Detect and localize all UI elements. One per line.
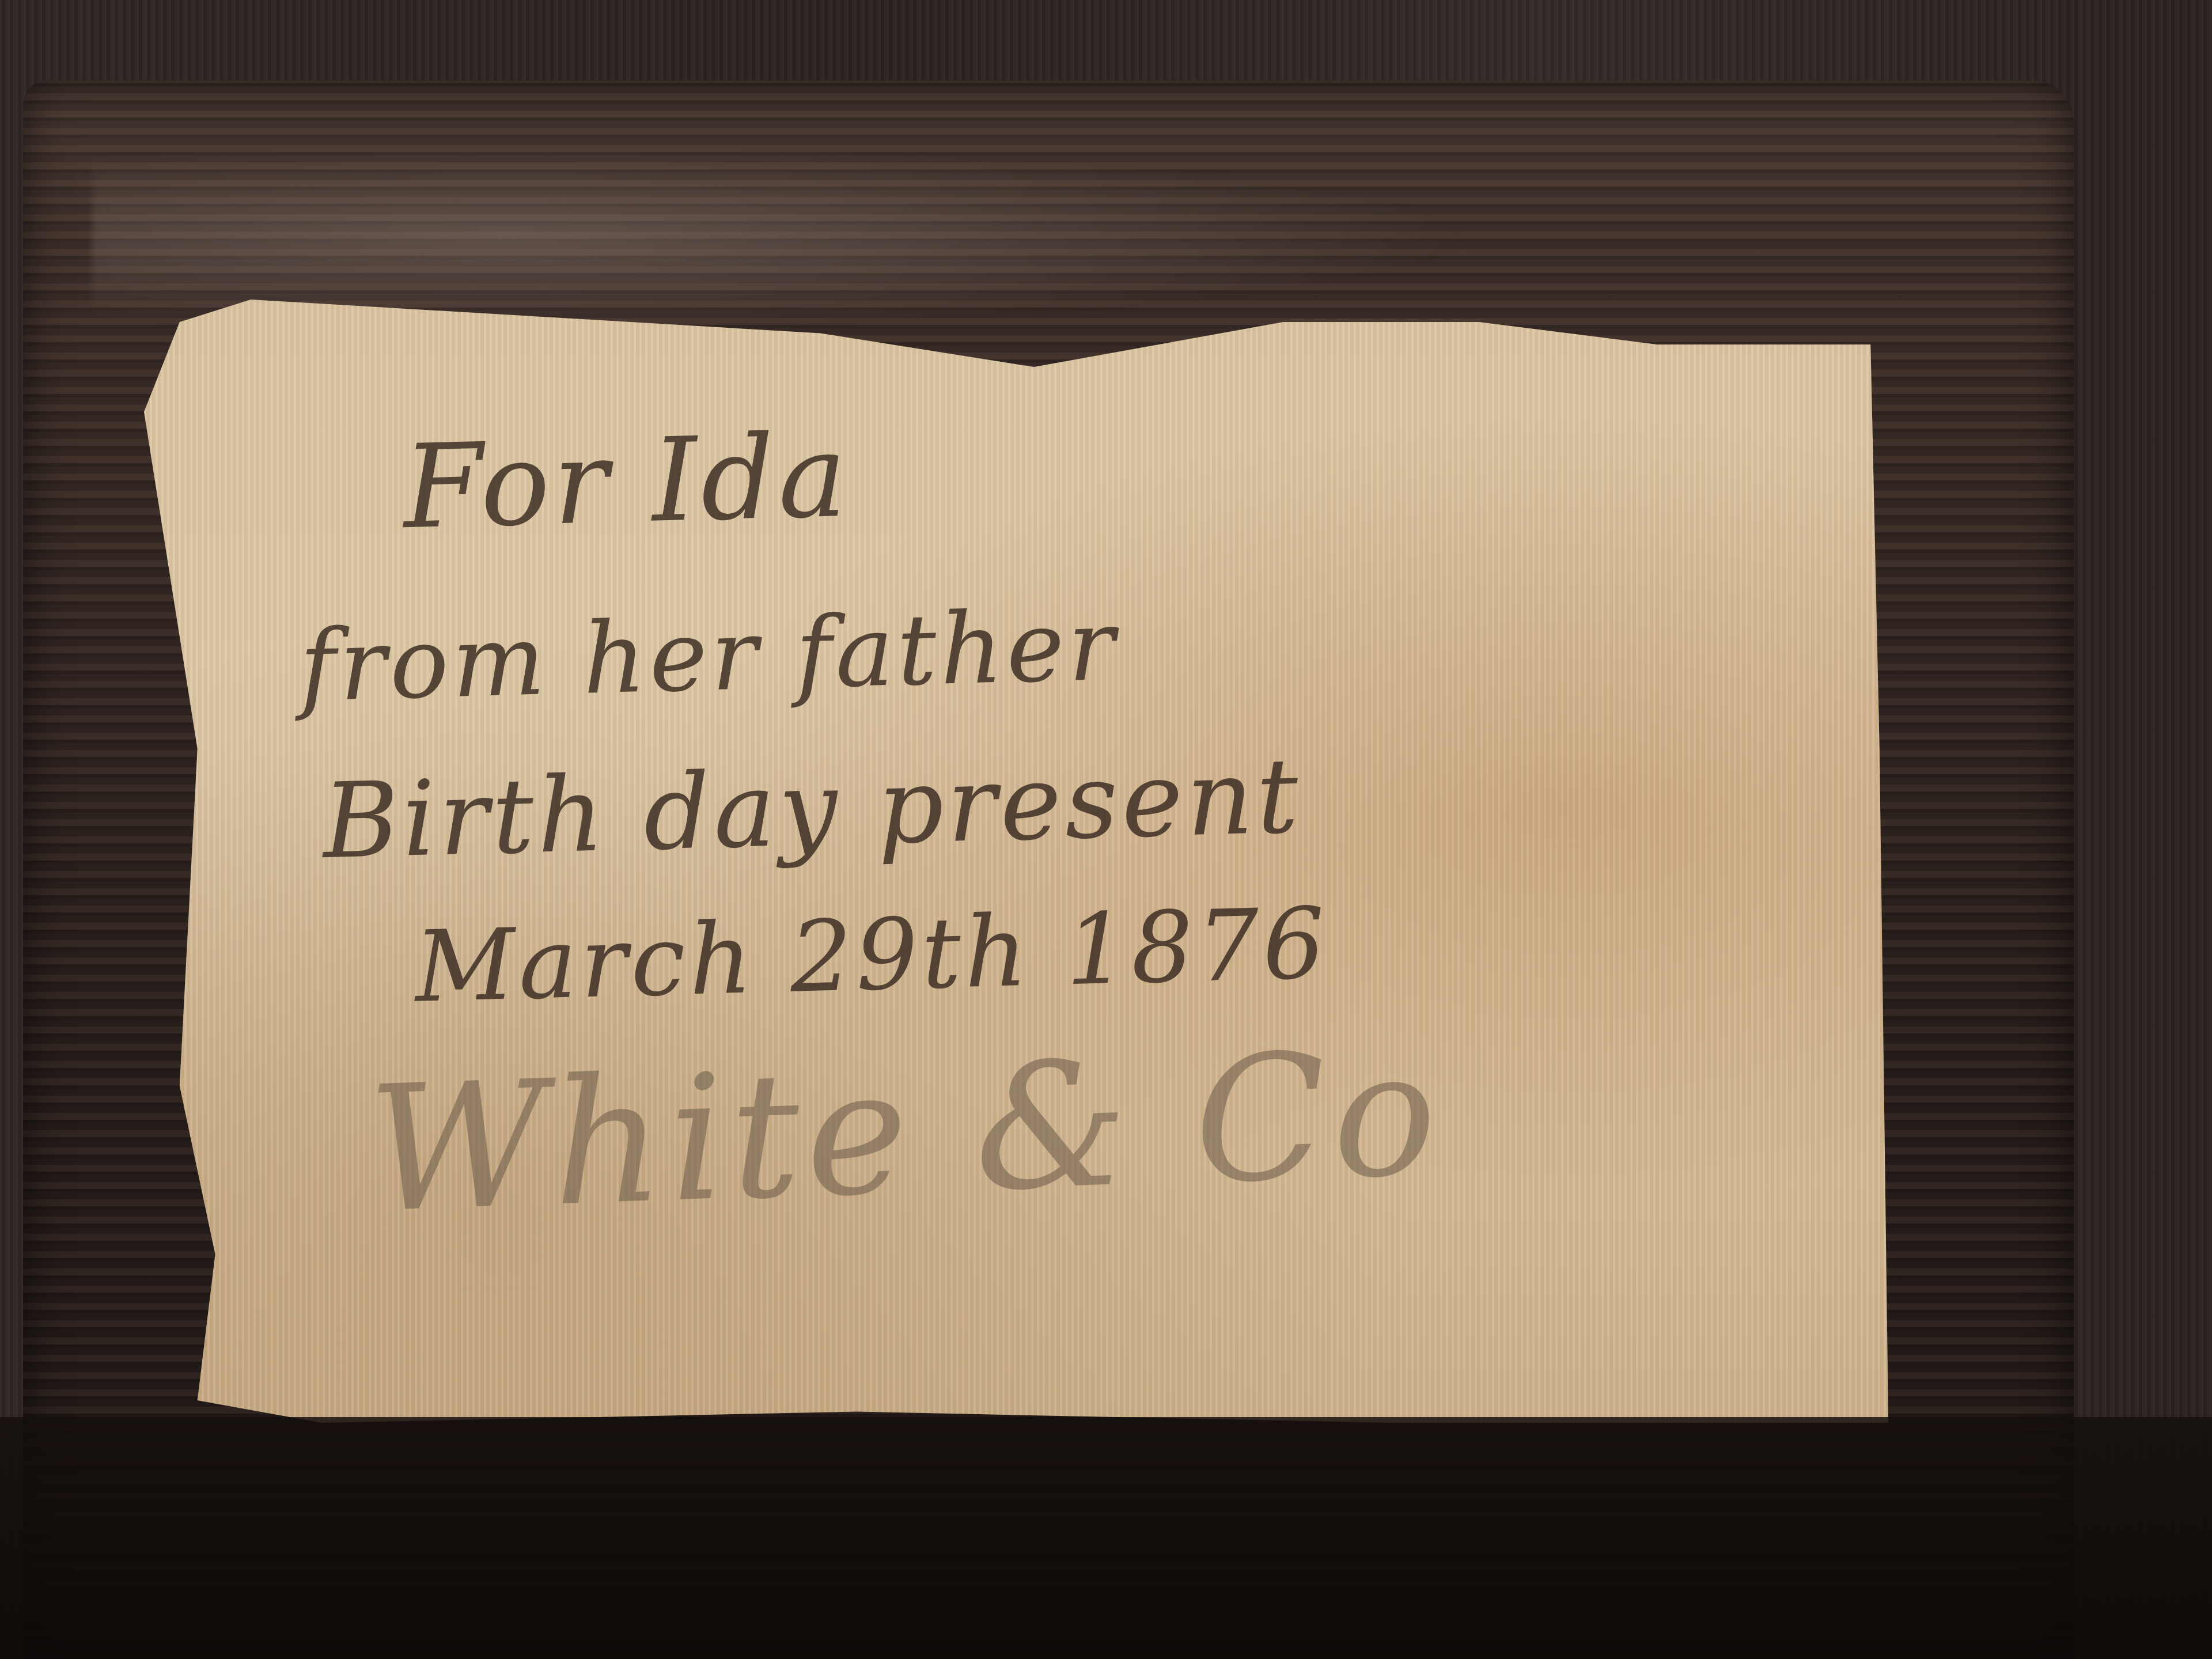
label-line-from: from her father [298,588,1120,724]
label-line-occasion: Birth day present [321,736,1304,882]
maker-signature: White & Co [365,1013,1445,1251]
label-line-date: March 29th 1876 [414,887,1330,1024]
box-edge-shadow [0,1417,2212,1659]
label-line-recipient: For Ida [402,409,852,555]
